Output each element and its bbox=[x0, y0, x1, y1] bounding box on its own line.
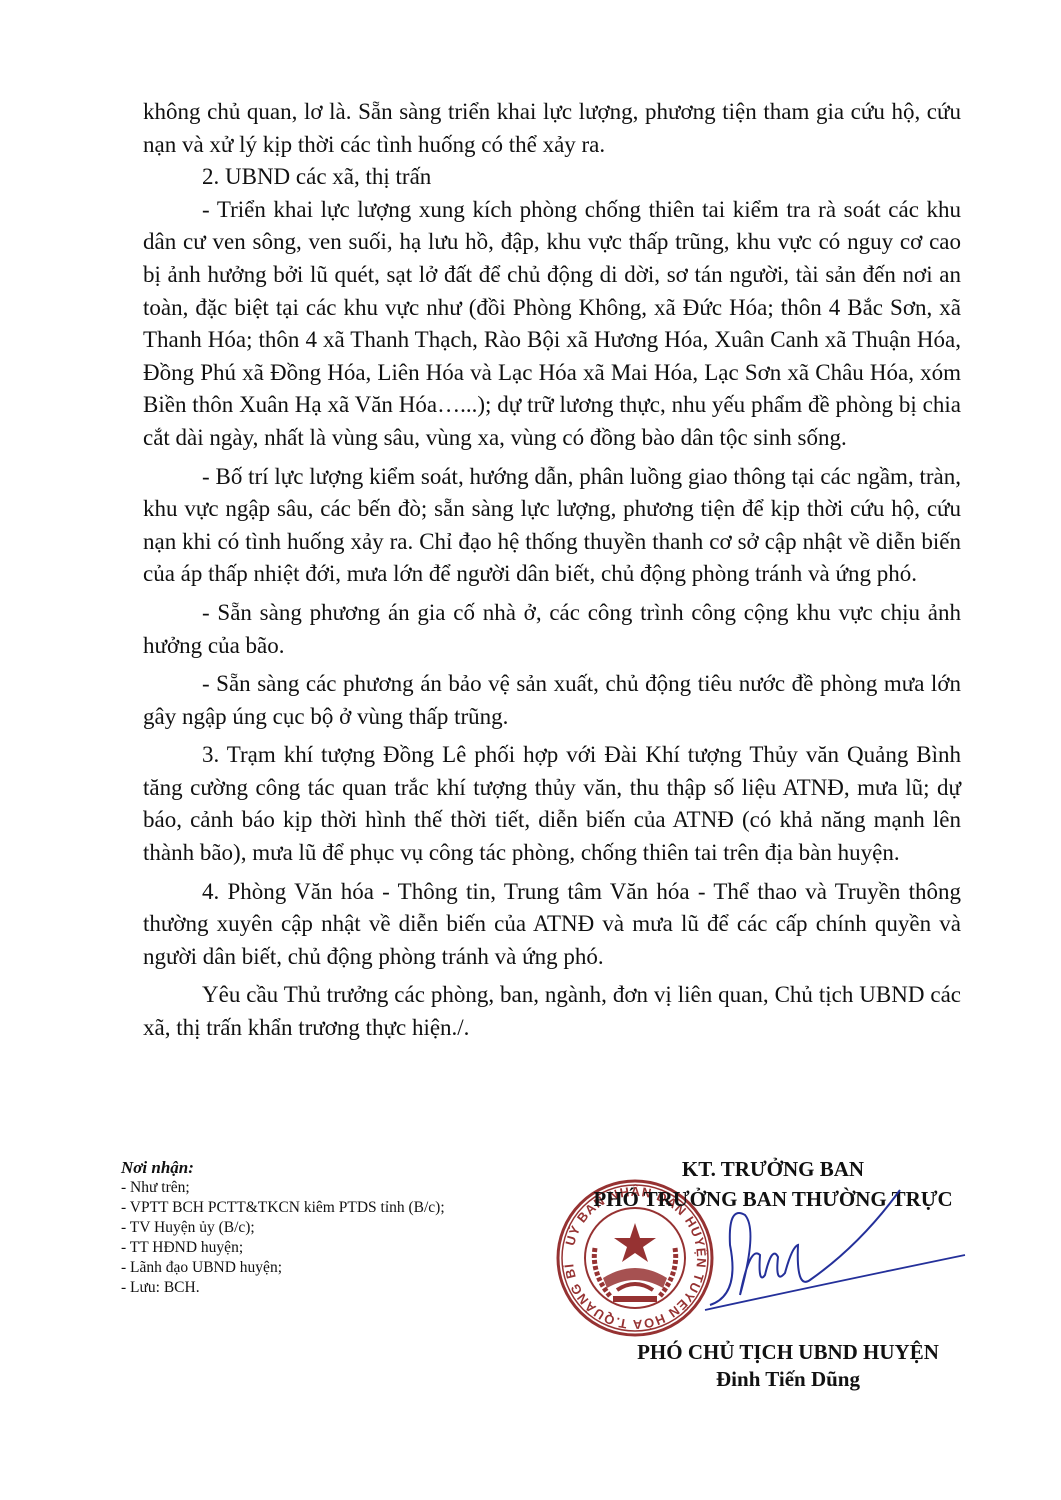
recipients-title: Nơi nhận: bbox=[121, 1158, 445, 1178]
section-heading-2: 2. UBND các xã, thị trấn bbox=[143, 161, 961, 194]
paragraph: - Triển khai lực lượng xung kích phòng c… bbox=[143, 194, 961, 455]
signer-position: PHÓ CHỦ TỊCH UBND HUYỆN bbox=[555, 1337, 1021, 1367]
recipient-item: - VPTT BCH PCTT&TKCN kiêm PTDS tỉnh (B/c… bbox=[121, 1198, 445, 1218]
recipients-list: Nơi nhận: - Như trên; - VPTT BCH PCTT&TK… bbox=[121, 1158, 445, 1298]
paragraph: - Sẵn sàng phương án gia cố nhà ở, các c… bbox=[143, 597, 961, 662]
section-3: 3. Trạm khí tượng Đồng Lê phối hợp với Đ… bbox=[143, 739, 961, 869]
document-body: không chủ quan, lơ là. Sẵn sàng triển kh… bbox=[143, 96, 961, 1045]
closing-request: Yêu cầu Thủ trưởng các phòng, ban, ngành… bbox=[143, 979, 961, 1044]
recipient-item: - Lưu: BCH. bbox=[121, 1278, 445, 1298]
recipient-item: - TT HĐND huyện; bbox=[121, 1238, 445, 1258]
signer-authority: KT. TRƯỞNG BAN bbox=[555, 1154, 991, 1184]
section-4: 4. Phòng Văn hóa - Thông tin, Trung tâm … bbox=[143, 876, 961, 974]
recipient-item: - Lãnh đạo UBND huyện; bbox=[121, 1258, 445, 1278]
signer-name: Đinh Tiến Dũng bbox=[555, 1364, 1021, 1394]
paragraph: không chủ quan, lơ là. Sẵn sàng triển kh… bbox=[143, 96, 961, 161]
handwritten-signature-icon bbox=[700, 1185, 980, 1325]
paragraph: - Bố trí lực lượng kiểm soát, hướng dẫn,… bbox=[143, 461, 961, 591]
recipient-item: - TV Huyện ủy (B/c); bbox=[121, 1218, 445, 1238]
paragraph: - Sẵn sàng các phương án bảo vệ sản xuất… bbox=[143, 668, 961, 733]
recipient-item: - Như trên; bbox=[121, 1178, 445, 1198]
